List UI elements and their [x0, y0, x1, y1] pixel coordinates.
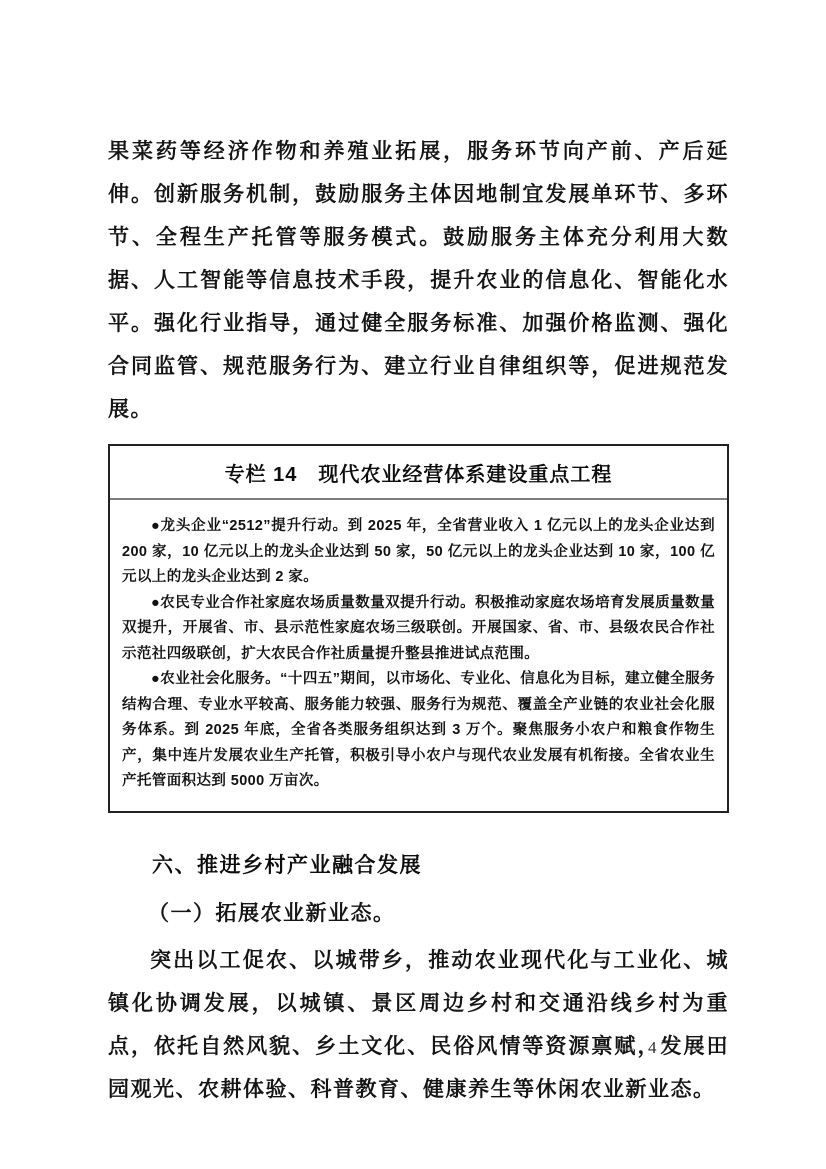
- body-paragraph-top: 果菜药等经济作物和养殖业拓展，服务环节向产前、产后延伸。创新服务机制，鼓励服务主…: [108, 130, 729, 431]
- box-bullet-paragraph: ●龙头企业“2512”提升行动。到 2025 年，全省营业收入 1 亿元以上的龙…: [122, 514, 715, 591]
- page-content: 果菜药等经济作物和养殖业拓展，服务环节向产前、产后延伸。创新服务机制，鼓励服务主…: [108, 130, 729, 1111]
- document-page: 果菜药等经济作物和养殖业拓展，服务环节向产前、产后延伸。创新服务机制，鼓励服务主…: [0, 0, 826, 1169]
- footer-dash-left: —: [617, 1038, 634, 1058]
- feature-box-body: ●龙头企业“2512”提升行动。到 2025 年，全省营业收入 1 亿元以上的龙…: [110, 500, 727, 811]
- feature-box-title: 专栏 14 现代农业经营体系建设重点工程: [118, 458, 719, 487]
- page-number: 47: [648, 1038, 673, 1058]
- feature-box-column-14: 专栏 14 现代农业经营体系建设重点工程 ●龙头企业“2512”提升行动。到 2…: [108, 444, 729, 813]
- section-heading: 六、推进乡村产业融合发展: [152, 851, 729, 881]
- box-bullet-paragraph: ●农民专业合作社家庭农场质量数量双提升行动。积极推动家庭农场培育发展质量数量双提…: [122, 591, 715, 668]
- body-paragraph-bottom: 突出以工促农、以城带乡，推动农业现代化与工业化、城镇化协调发展，以城镇、景区周边…: [108, 939, 729, 1111]
- box-bullet-paragraph: ●农业社会化服务。“十四五”期间，以市场化、专业化、信息化为目标，建立健全服务结…: [122, 667, 715, 795]
- footer-dash-right: —: [687, 1038, 704, 1058]
- feature-box-header: 专栏 14 现代农业经营体系建设重点工程: [110, 446, 727, 500]
- page-footer: — 47 —: [617, 1038, 704, 1058]
- subsection-heading: （一）拓展农业新业态。: [148, 898, 729, 928]
